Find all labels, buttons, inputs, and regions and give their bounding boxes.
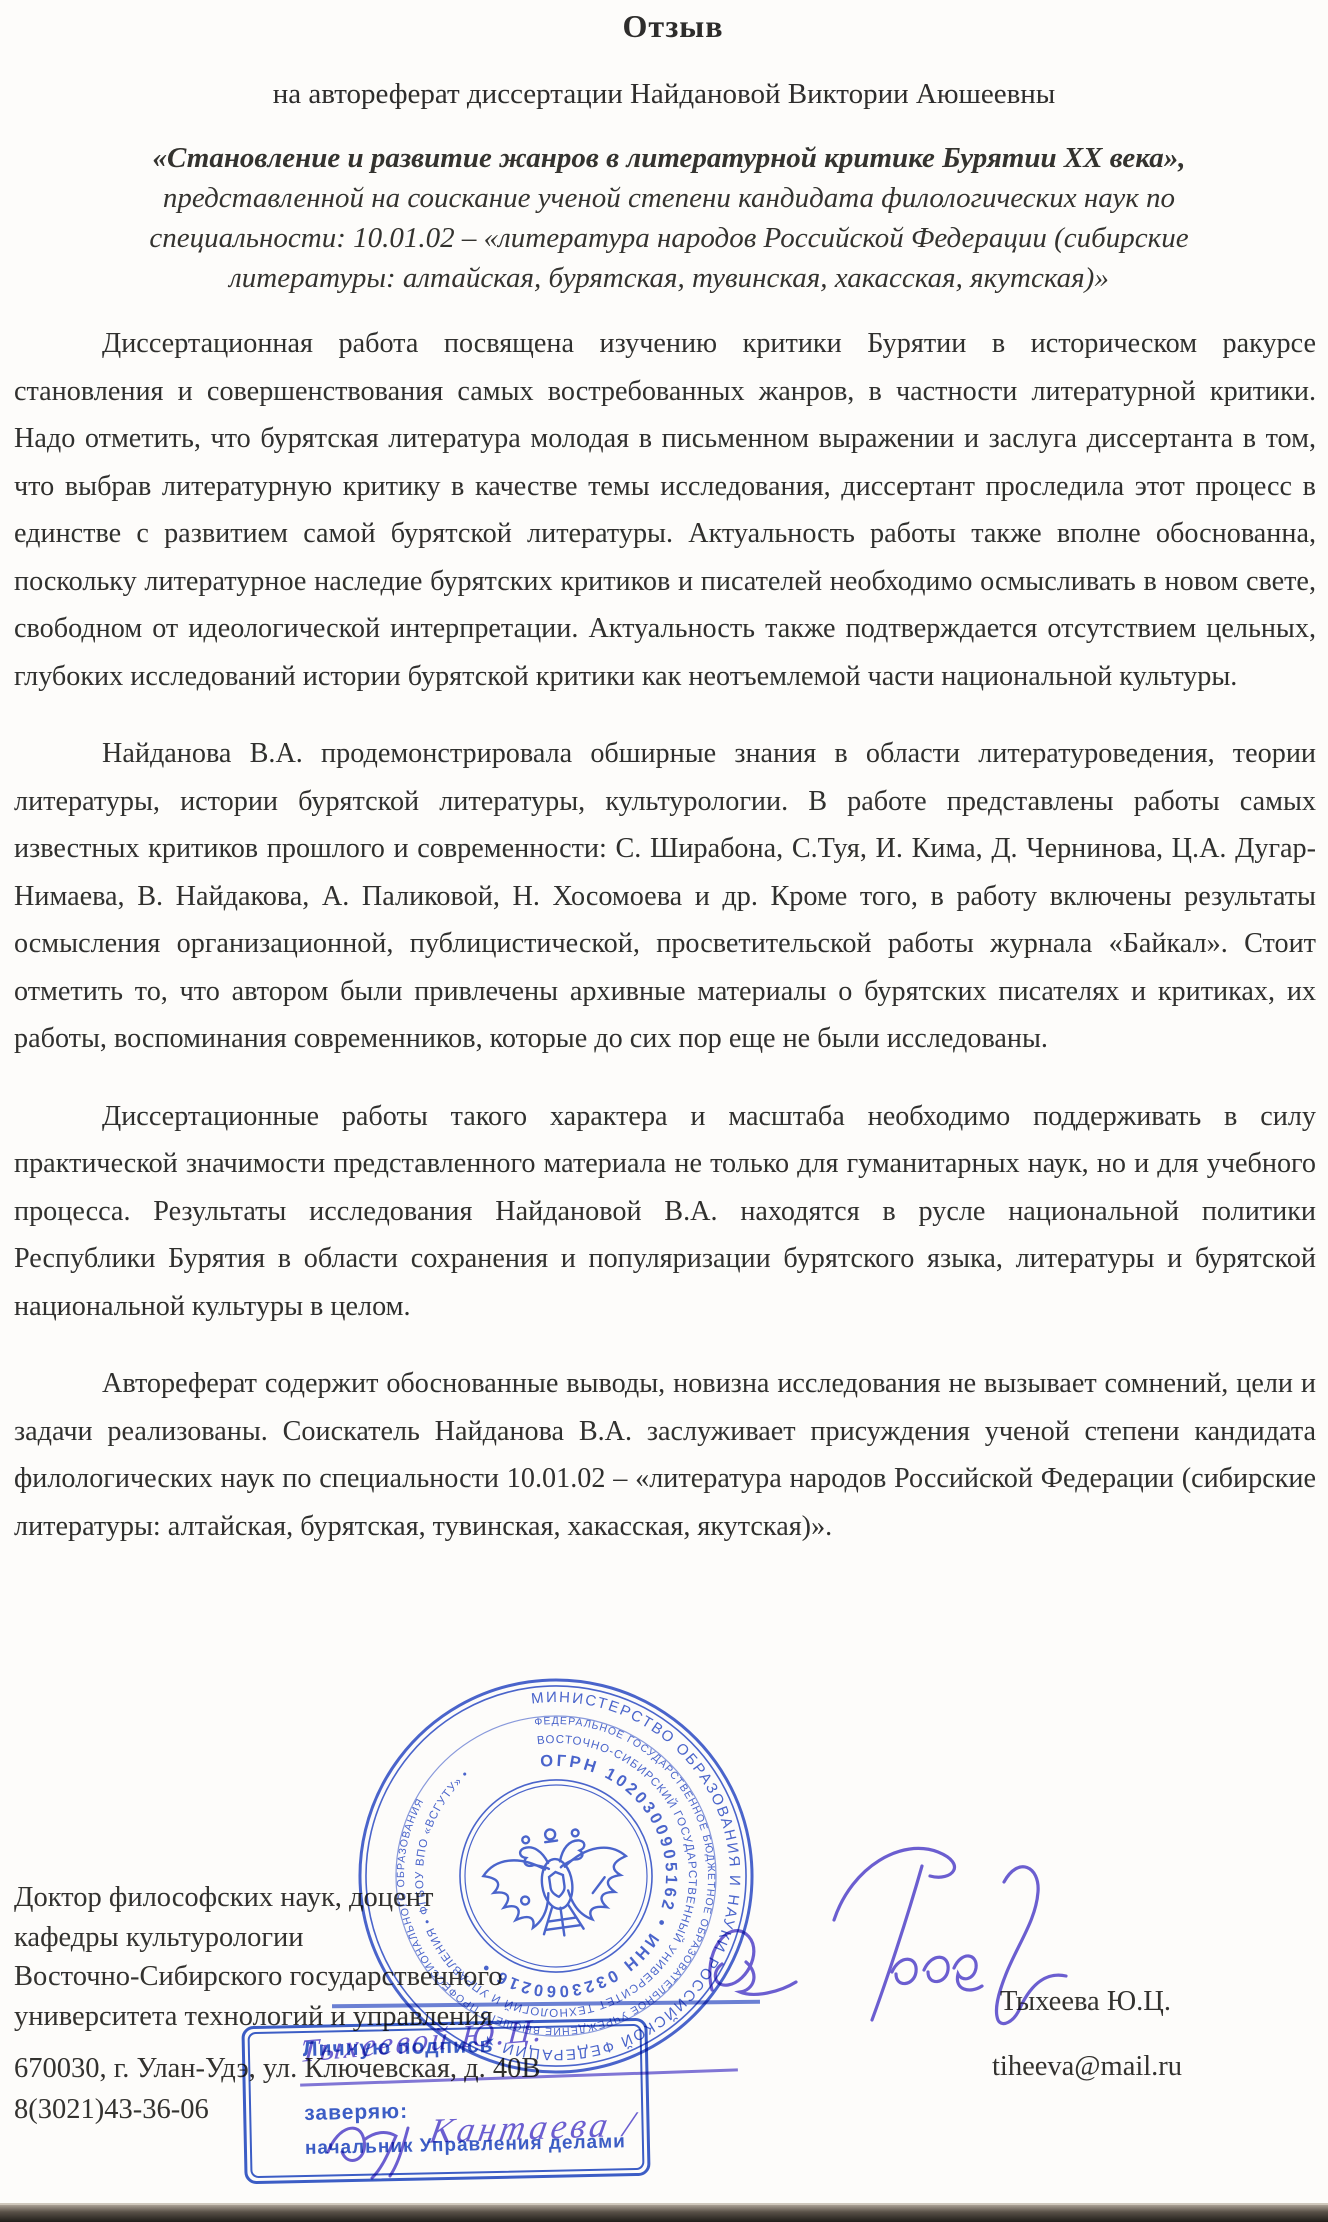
scanned-review-document: Отзыв на автореферат диссертации Найдано…	[0, 0, 1328, 2222]
document-title: Отзыв	[0, 8, 1328, 45]
thesis-line: представленной на соискание ученой степе…	[40, 178, 1298, 218]
body-paragraph: Найданова В.А. продемонстрировала обширн…	[14, 730, 1316, 1063]
reviewer-signature	[684, 1822, 1184, 2032]
double-headed-eagle-icon	[478, 1819, 635, 1945]
review-body: Диссертационная работа посвящена изучени…	[14, 320, 1316, 1550]
body-paragraph: Диссертационные работы такого характера …	[14, 1093, 1316, 1331]
clerk-handwritten-signature: Кантаева /	[427, 2104, 642, 2152]
thesis-line: специальности: 10.01.02 – «литература на…	[40, 218, 1298, 258]
body-paragraph: Автореферат содержит обоснованные выводы…	[14, 1360, 1316, 1550]
clerk-name-text: Кантаева	[427, 2105, 615, 2151]
thesis-title-line: «Становление и развитие жанров в литерат…	[40, 138, 1298, 178]
reviewer-email: tiheeva@mail.ru	[992, 2051, 1182, 2083]
thesis-line: литературы: алтайская, бурятская, тувинс…	[40, 258, 1298, 298]
body-paragraph: Диссертационная работа посвящена изучени…	[14, 320, 1316, 700]
thesis-reference-block: «Становление и развитие жанров в литерат…	[40, 138, 1298, 298]
scan-edge-bar	[0, 2205, 1328, 2222]
document-subtitle: на автореферат диссертации Найдановой Ви…	[0, 78, 1328, 111]
